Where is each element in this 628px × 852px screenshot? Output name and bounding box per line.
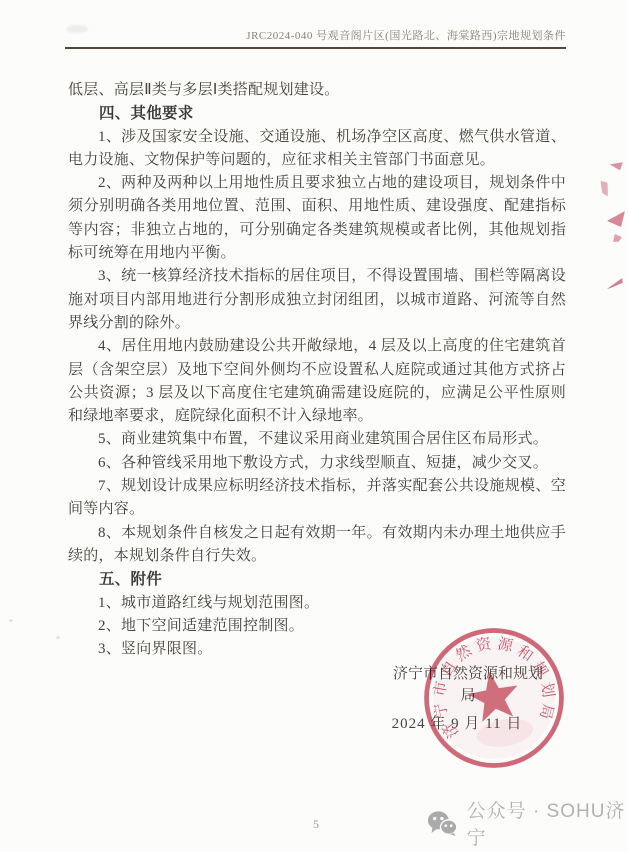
- section4-item-2: 2、两种及两种以上用地性质且要求独立占地的建设项目，规划条件中须分别明确各类用地…: [68, 172, 566, 265]
- seal-fragment: [599, 179, 611, 197]
- wechat-icon: [427, 809, 458, 838]
- header-doc-reference: JRC2024-040 号观音阁片区(国光路北、海棠路西)宗地规划条件: [246, 27, 566, 43]
- document-page: JRC2024-040 号观音阁片区(国光路北、海棠路西)宗地规划条件 低层、高…: [0, 0, 628, 852]
- scan-speck: [56, 636, 60, 639]
- section4-item-3: 3、统一核算经济技术指标的居住项目，不得设置围墙、围栏等隔离设施对项目内部用地进…: [68, 265, 566, 335]
- section4-item-4: 4、居住用地内鼓励建设公共开敞绿地，4 层及以上高度的住宅建筑首层（含架空层）及…: [68, 335, 566, 428]
- watermark: 公众号 · SOHU济宁: [427, 806, 628, 840]
- section4-heading: 四、其他要求: [68, 102, 566, 125]
- seal-fragment: [607, 211, 625, 227]
- official-seal: 济宁市自然资源和规划局: [418, 622, 570, 774]
- scan-smudge: [66, 25, 88, 33]
- intro-line: 低层、高层Ⅱ类与多层Ⅰ类搭配规划建设。: [68, 79, 566, 102]
- section4-item-1: 1、涉及国家安全设施、交通设施、机场净空区高度、燃气供水管道、电力设施、文物保护…: [68, 126, 566, 173]
- scan-speck: [9, 619, 13, 622]
- section5-item-1: 1、城市道路红线与规划范围图。: [68, 592, 566, 615]
- section4-item-6: 6、各种管线采用地下敷设方式，力求线型顺直、短捷，减少交叉。: [68, 452, 566, 475]
- document-body: 低层、高层Ⅱ类与多层Ⅰ类搭配规划建设。 四、其他要求 1、涉及国家安全设施、交通…: [68, 79, 566, 661]
- section4-item-7: 7、规划设计成果应标明经济技术指标，并落实配套公共设施规模、空间等内容。: [68, 475, 566, 522]
- header-rule: [65, 47, 566, 49]
- seal-fragment: [613, 234, 622, 242]
- watermark-text: 公众号 · SOHU济宁: [467, 796, 628, 850]
- section5-heading: 五、附件: [68, 568, 566, 591]
- page-number: 5: [313, 817, 319, 832]
- seal-fragment: [605, 278, 623, 289]
- seal-fragment: [609, 158, 623, 170]
- section4-item-8: 8、本规划条件自核发之日起有效期一年。有效期内未办理土地供应手续的，本规划条件自…: [68, 522, 566, 569]
- section4-item-5: 5、商业建筑集中布置，不建议采用商业建筑围合居住区布局形式。: [68, 428, 566, 451]
